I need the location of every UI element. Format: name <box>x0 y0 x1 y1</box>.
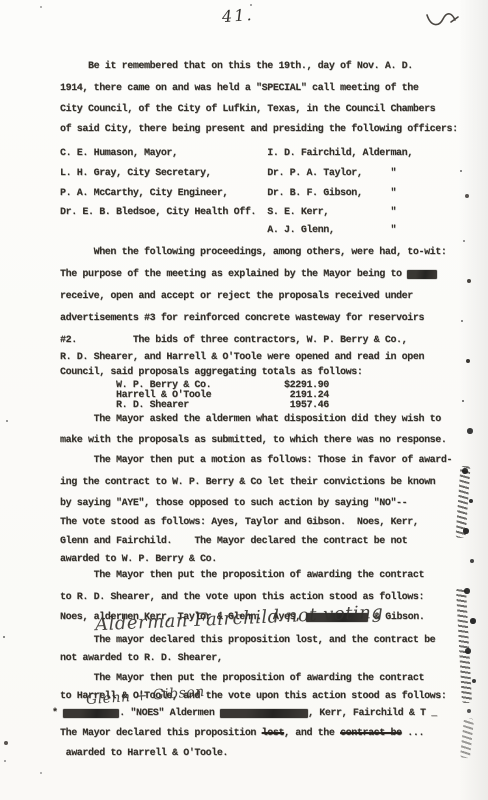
typed-text-line: P. A. McCarthy, City Engineer, Dr. B. F.… <box>60 188 396 199</box>
blacked-out-text <box>220 709 308 718</box>
typed-text-line: Council, said proposals aggregating tota… <box>60 367 362 378</box>
typed-text-line: The Mayor then put a motion as follows: … <box>60 455 452 466</box>
typed-text-line: C. E. Humason, Mayor, I. D. Fairchild, A… <box>60 148 413 159</box>
typed-text-line: make with the proposals as submitted, to… <box>60 435 446 446</box>
typed-text-line: receive, open and accept or reject the p… <box>60 291 413 302</box>
scan-noise-speckles <box>0 0 2 2</box>
typed-text-line: The Mayor declared this proposition lost… <box>60 728 424 739</box>
typed-text-line: The purpose of the meeting as explained … <box>60 269 437 280</box>
typed-text-line: * . "NOES" Aldermen , Kerr, Fairchild & … <box>52 708 437 719</box>
typed-text-line: The mayor declared this proposition lost… <box>60 635 435 646</box>
typed-text-line: ing the contract to W. P. Berry & Co let… <box>60 477 435 488</box>
handwritten-page-number: 41. <box>221 5 254 26</box>
struck-text: lost <box>262 728 284 739</box>
typed-text-line: #2. The bids of three contractors, W. P.… <box>60 335 407 346</box>
pen-squiggle-mark <box>424 10 460 30</box>
typed-text-line: When the following proceedings, among ot… <box>60 247 446 258</box>
typed-text-line: City Council, of the City of Lufkin, Tex… <box>60 104 435 115</box>
typed-text-line: 1914, there came on and was held a "SPEC… <box>60 83 418 94</box>
typed-text-line: The Mayor then put the proposition of aw… <box>60 570 424 581</box>
typed-text-line: L. H. Gray, City Secretary, Dr. P. A. Ta… <box>60 168 396 179</box>
typed-text-line: Be it remembered that on this the 19th.,… <box>60 61 413 72</box>
typed-text-line: R. D. Shearer, and Harrell & O'Toole wer… <box>60 352 424 363</box>
typed-text-line: advertisements #3 for reinforced concret… <box>60 313 424 324</box>
handwritten-fairchild-note: Alderman Fairchild not voting <box>95 602 384 636</box>
typed-text-line: awarded to W. P. Berry & Co. <box>60 554 217 565</box>
blacked-out-text <box>407 270 437 279</box>
typed-text-line: A. J. Glenn, " <box>60 225 396 236</box>
struck-text: contract be <box>340 728 402 739</box>
typed-text-line: awarded to Harrell & O'Toole. <box>60 748 228 759</box>
handwritten-glenn-gibson-note: Glenn + Gibson <box>86 684 206 708</box>
typed-text-line: not awarded to R. D. Shearer, <box>60 653 222 664</box>
typed-text-line: The vote stood as follows: Ayes, Taylor … <box>60 517 418 528</box>
scan-noise-streak <box>460 718 474 759</box>
blacked-out-text <box>63 709 119 718</box>
typed-text-line: The Mayor then put the proposition of aw… <box>60 673 424 684</box>
typed-text-line: Dr. E. B. Bledsoe, City Health Off. S. E… <box>60 207 396 218</box>
typed-text-line: The Mayor asked the aldermen what dispos… <box>60 414 441 425</box>
typed-text-line: R. D. Shearer 1957.46 <box>60 400 329 411</box>
scan-noise-streak <box>456 588 472 703</box>
typed-text-line: Glenn and Fairchild. The Mayor declared … <box>60 536 407 547</box>
document-page: 41. Be it remembered that on this the 19… <box>0 0 488 800</box>
scan-noise-streak <box>456 466 471 539</box>
typed-text-line: of said City, there being present and pr… <box>60 124 458 135</box>
typed-text-line: by saying "AYE", those opposed to such a… <box>60 498 407 509</box>
